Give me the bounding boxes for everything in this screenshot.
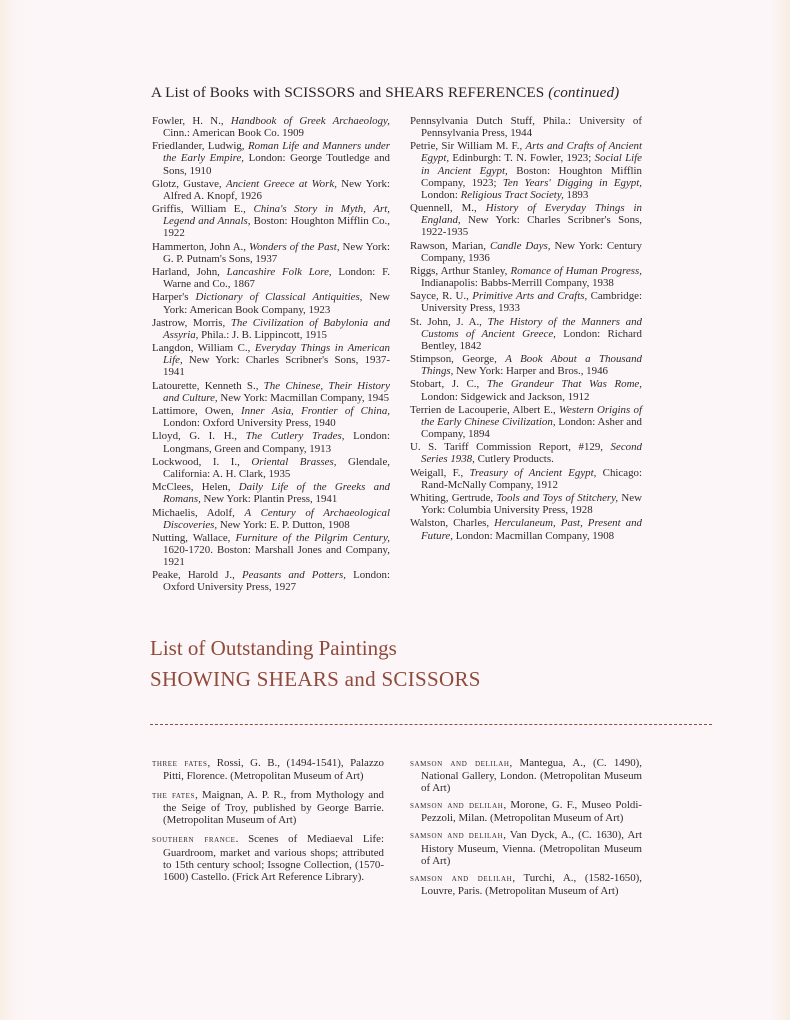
- dashed-divider: [150, 724, 712, 725]
- painting-name: three fates: [152, 758, 208, 769]
- book-author: Pennsylvania Dutch Stuff, Phila.: Univer…: [410, 115, 642, 139]
- paintings-section-title: List of Outstanding Paintings: [150, 636, 397, 661]
- painting-name: samson and delilah: [410, 873, 512, 884]
- book-entry: Langdon, William C., Everyday Things in …: [152, 342, 390, 378]
- book-entry: Rawson, Marian, Candle Days, New York: C…: [410, 240, 642, 264]
- painting-entry: the fates, Maignan, A. P. R., from Mytho…: [152, 789, 384, 826]
- book-publication: London: Sidgewick and Jackson, 1912: [421, 391, 589, 403]
- painting-entry: samson and delilah, Turchi, A., (1582-16…: [410, 872, 642, 897]
- book-publication: London:: [421, 189, 461, 201]
- document-page: A List of Books with SCISSORS and SHEARS…: [0, 0, 790, 1020]
- book-entry: Riggs, Arthur Stanley, Romance of Human …: [410, 265, 642, 289]
- book-title: Inner Asia, Frontier of China,: [241, 405, 390, 417]
- book-entry: Lloyd, G. I. H., The Cutlery Trades, Lon…: [152, 430, 390, 454]
- book-entry: Hammerton, John A., Wonders of the Past,…: [152, 241, 390, 265]
- book-entry: U. S. Tariff Commission Report, #129, Se…: [410, 441, 642, 465]
- paintings-section-subtitle: SHOWING SHEARS and SCISSORS: [150, 667, 481, 692]
- book-title: Dictionary of Classical Antiquities,: [195, 291, 362, 303]
- book-publication: New York: E. P. Dutton, 1908: [217, 519, 350, 531]
- books-list-heading: A List of Books with SCISSORS and SHEARS…: [151, 84, 621, 102]
- book-title: Ten Years' Digging in Egypt,: [503, 177, 642, 189]
- book-entry: Sayce, R. U., Primitive Arts and Crafts,…: [410, 290, 642, 314]
- book-publication: Phila.: J. B. Lippincott, 1915: [198, 329, 327, 341]
- book-author: Stimpson, George,: [410, 353, 505, 365]
- book-entry: Fowler, H. N., Handbook of Greek Archaeo…: [152, 115, 390, 139]
- heading-continued: (continued): [548, 84, 619, 101]
- book-author: Nutting, Wallace,: [152, 532, 235, 544]
- book-publication: London: Macmillan Company, 1908: [453, 530, 614, 542]
- book-author: Michaelis, Adolf,: [152, 507, 245, 519]
- book-entry: Harper's Dictionary of Classical Antiqui…: [152, 291, 390, 315]
- book-entry: Walston, Charles, Herculaneum, Past, Pre…: [410, 517, 642, 541]
- book-title: Tools and Toys of Stitchery,: [496, 492, 618, 504]
- book-title: Wonders of the Past,: [249, 241, 340, 253]
- paintings-column-left: three fates, Rossi, G. B., (1494-1541), …: [152, 757, 384, 890]
- paintings-column-right: samson and delilah, Mantegua, A., (C. 14…: [410, 757, 642, 902]
- book-title: Peasants and Potters,: [242, 569, 346, 581]
- book-entry: Peake, Harold J., Peasants and Potters, …: [152, 569, 390, 593]
- book-entry: Petrie, Sir William M. F., Arts and Craf…: [410, 140, 642, 200]
- heading-text: A List of Books with SCISSORS and SHEARS…: [151, 84, 548, 101]
- book-author: Fowler, H. N.,: [152, 115, 231, 127]
- book-publication: London: Oxford University Press, 1940: [163, 417, 336, 429]
- book-author: Weigall, F.,: [410, 467, 470, 479]
- book-title: Religious Tract Society,: [461, 189, 564, 201]
- book-entry: Stimpson, George, A Book About a Thousan…: [410, 353, 642, 377]
- book-publication: Cinn.: American Book Co. 1909: [163, 127, 304, 139]
- book-author: Whiting, Gertrude,: [410, 492, 496, 504]
- book-entry: Terrien de Lacouperie, Albert E., Wester…: [410, 404, 642, 440]
- painting-name: southern france: [152, 834, 236, 845]
- book-author: Sayce, R. U.,: [410, 290, 472, 302]
- book-entry: Griffis, William E., China's Story in My…: [152, 203, 390, 239]
- book-publication: 1893: [564, 189, 589, 201]
- book-entry: Quennell, M., History of Everyday Things…: [410, 202, 642, 238]
- book-author: Stobart, J. C.,: [410, 378, 487, 390]
- book-title: Primitive Arts and Crafts,: [472, 290, 587, 302]
- painting-entry: three fates, Rossi, G. B., (1494-1541), …: [152, 757, 384, 782]
- book-author: Quennell, M.,: [410, 202, 486, 214]
- painting-name: samson and delilah: [410, 758, 510, 769]
- book-author: Peake, Harold J.,: [152, 569, 242, 581]
- painting-details: , Maignan, A. P. R., from Mythology and …: [163, 789, 384, 826]
- book-author: Jastrow, Morris,: [152, 317, 231, 329]
- book-entry: Glotz, Gustave, Ancient Greece at Work, …: [152, 178, 390, 202]
- painting-name: samson and delilah: [410, 800, 503, 811]
- book-publication: New York: Macmillan Company, 1945: [218, 392, 389, 404]
- book-author: Harland, John,: [152, 266, 227, 278]
- book-author: Griffis, William E.,: [152, 203, 253, 215]
- painting-entry: samson and delilah, Morone, G. F., Museo…: [410, 799, 642, 824]
- book-entry: Latourette, Kenneth S., The Chinese, The…: [152, 380, 390, 404]
- book-author: Lattimore, Owen,: [152, 405, 241, 417]
- book-entry: Pennsylvania Dutch Stuff, Phila.: Univer…: [410, 115, 642, 139]
- book-entry: St. John, J. A., The History of the Mann…: [410, 316, 642, 352]
- book-entry: Stobart, J. C., The Grandeur That Was Ro…: [410, 378, 642, 402]
- book-author: Rawson, Marian,: [410, 240, 490, 252]
- book-title: Lancashire Folk Lore,: [227, 266, 332, 278]
- book-entry: Whiting, Gertrude, Tools and Toys of Sti…: [410, 492, 642, 516]
- book-entry: Weigall, F., Treasury of Ancient Egypt, …: [410, 467, 642, 491]
- book-publication: New York: Charles Scribner's Sons, 1937-…: [163, 354, 390, 378]
- book-entry: Jastrow, Morris, The Civilization of Bab…: [152, 317, 390, 341]
- books-column-left: Fowler, H. N., Handbook of Greek Archaeo…: [152, 115, 390, 595]
- book-author: Lloyd, G. I. H.,: [152, 430, 246, 442]
- book-title: Furniture of the Pilgrim Century,: [235, 532, 390, 544]
- painting-name: samson and delilah: [410, 830, 503, 841]
- book-entry: Lockwood, I. I., Oriental Brasses, Glend…: [152, 456, 390, 480]
- book-title: Candle Days,: [490, 240, 551, 252]
- book-author: Terrien de Lacouperie, Albert E.,: [410, 404, 559, 416]
- book-publication: Cutlery Products.: [475, 453, 554, 465]
- book-author: St. John, J. A.,: [410, 316, 488, 328]
- book-title: Romance of Human Progress,: [510, 265, 642, 277]
- book-title: Ancient Greece at Work,: [226, 178, 337, 190]
- book-entry: Friedlander, Ludwig, Roman Life and Mann…: [152, 140, 390, 176]
- book-title: Oriental Brasses,: [251, 456, 336, 468]
- book-author: Harper's: [152, 291, 195, 303]
- painting-entry: samson and delilah, Mantegua, A., (C. 14…: [410, 757, 642, 794]
- book-author: Lockwood, I. I.,: [152, 456, 251, 468]
- book-title: Handbook of Greek Archaeology,: [231, 115, 390, 127]
- painting-entry: southern france. Scenes of Mediaeval Lif…: [152, 833, 384, 882]
- book-author: U. S. Tariff Commission Report, #129,: [410, 441, 611, 453]
- book-author: Friedlander, Ludwig,: [152, 140, 248, 152]
- book-title: The Cutlery Trades,: [246, 430, 345, 442]
- book-entry: Harland, John, Lancashire Folk Lore, Lon…: [152, 266, 390, 290]
- book-title: The Grandeur That Was Rome,: [487, 378, 642, 390]
- painting-entry: samson and delilah, Van Dyck, A., (C. 16…: [410, 829, 642, 866]
- book-entry: Nutting, Wallace, Furniture of the Pilgr…: [152, 532, 390, 568]
- book-author: Latourette, Kenneth S.,: [152, 380, 264, 392]
- book-author: Riggs, Arthur Stanley,: [410, 265, 510, 277]
- book-author: Glotz, Gustave,: [152, 178, 226, 190]
- book-publication: New York: Plantin Press, 1941: [201, 493, 337, 505]
- book-author: McClees, Helen,: [152, 481, 239, 493]
- book-entry: McClees, Helen, Daily Life of the Greeks…: [152, 481, 390, 505]
- book-author: Hammerton, John A.,: [152, 241, 249, 253]
- book-publication: Edinburgh: T. N. Fowler, 1923;: [449, 152, 594, 164]
- books-column-right: Pennsylvania Dutch Stuff, Phila.: Univer…: [410, 115, 642, 543]
- book-publication: New York: Harper and Bros., 1946: [453, 365, 608, 377]
- book-publication: 1620-1720. Boston: Marshall Jones and Co…: [163, 544, 390, 568]
- book-author: Petrie, Sir William M. F.,: [410, 140, 525, 152]
- book-title: Treasury of Ancient Egypt,: [470, 467, 597, 479]
- book-publication: Indianapolis: Babbs-Merrill Company, 193…: [421, 277, 614, 289]
- book-entry: Lattimore, Owen, Inner Asia, Frontier of…: [152, 405, 390, 429]
- book-author: Langdon, William C.,: [152, 342, 255, 354]
- book-author: Walston, Charles,: [410, 517, 494, 529]
- painting-name: the fates: [152, 790, 195, 801]
- book-entry: Michaelis, Adolf, A Century of Archaeolo…: [152, 507, 390, 531]
